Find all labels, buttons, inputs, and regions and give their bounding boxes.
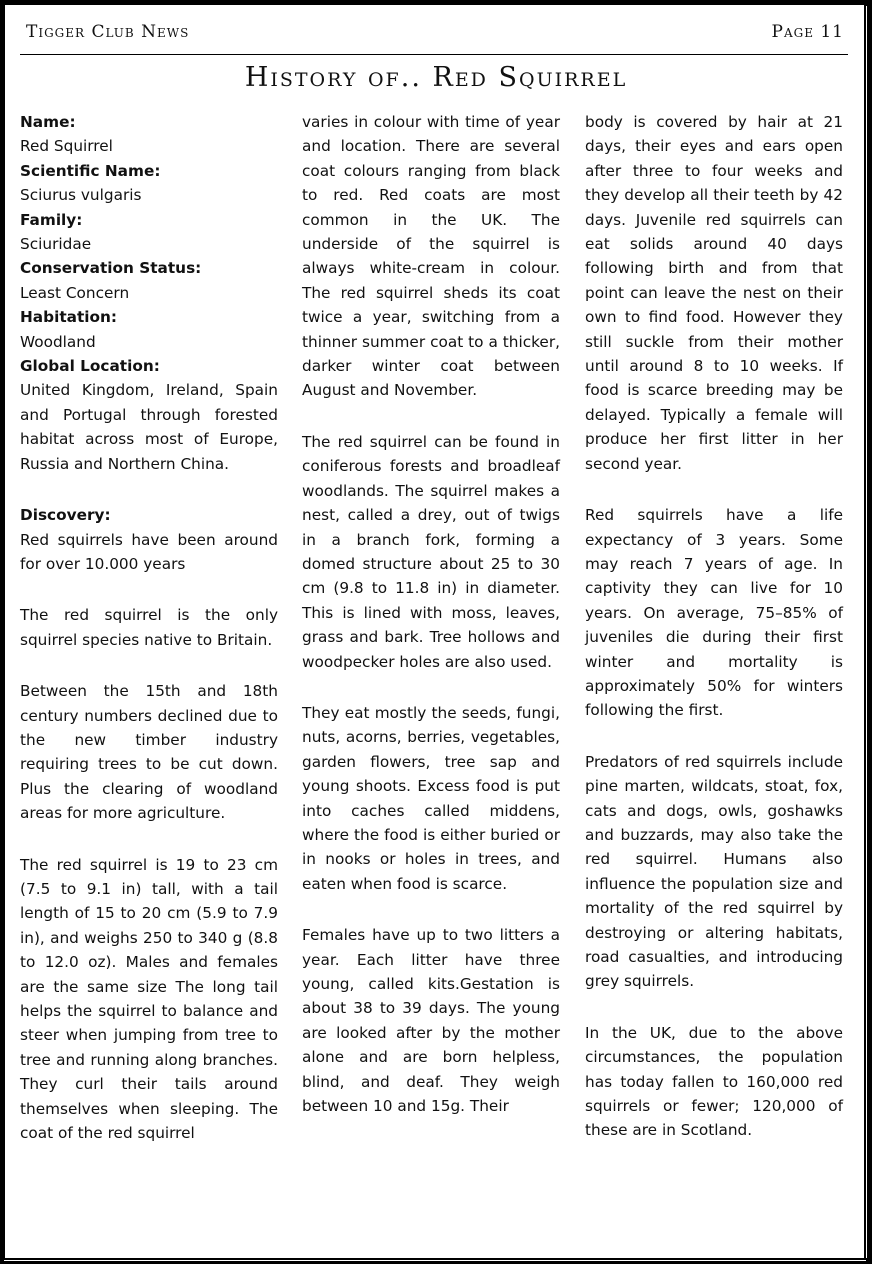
fact-discovery: Discovery: Red squirrels have been aroun… bbox=[20, 503, 278, 576]
fact-habitation: Habitation: Woodland bbox=[20, 305, 278, 354]
article-title: History of.. Red Squirrel bbox=[0, 62, 872, 93]
paragraph-development: body is covered by hair at 21 days, thei… bbox=[585, 110, 843, 476]
paragraph-lifespan: Red squirrels have a life expectancy of … bbox=[585, 503, 843, 723]
paragraph-native: The red squirrel is the only squirrel sp… bbox=[20, 603, 278, 652]
fact-conservation-status: Conservation Status: Least Concern bbox=[20, 256, 278, 305]
fact-value: Sciuridae bbox=[20, 232, 278, 256]
paragraph-predators: Predators of red squirrels include pine … bbox=[585, 750, 843, 994]
page-header: Tigger Club News Page 11 bbox=[20, 20, 848, 55]
column-1: Name: Red Squirrel Scientific Name: Sciu… bbox=[20, 110, 278, 1172]
paragraph-breeding: Females have up to two litters a year. E… bbox=[302, 923, 560, 1118]
publication-name: Tigger Club News bbox=[26, 22, 189, 42]
fact-value: Sciurus vulgaris bbox=[20, 183, 278, 207]
fact-value: Woodland bbox=[20, 330, 278, 354]
fact-label: Habitation: bbox=[20, 305, 278, 329]
page-border-right bbox=[864, 0, 872, 1264]
fact-value: Red squirrels have been around for over … bbox=[20, 528, 278, 577]
fact-label: Name: bbox=[20, 110, 278, 134]
fact-scientific-name: Scientific Name: Sciurus vulgaris bbox=[20, 159, 278, 208]
fact-name: Name: Red Squirrel bbox=[20, 110, 278, 159]
fact-value: Red Squirrel bbox=[20, 134, 278, 158]
paragraph-coat: varies in colour with time of year and l… bbox=[302, 110, 560, 403]
fact-value: Least Concern bbox=[20, 281, 278, 305]
paragraph-population: In the UK, due to the above circumstance… bbox=[585, 1021, 843, 1143]
fact-family: Family: Sciuridae bbox=[20, 208, 278, 257]
fact-label: Scientific Name: bbox=[20, 159, 278, 183]
column-3: body is covered by hair at 21 days, thei… bbox=[585, 110, 843, 1170]
paragraph-size: The red squirrel is 19 to 23 cm (7.5 to … bbox=[20, 853, 278, 1146]
fact-label: Discovery: bbox=[20, 503, 278, 527]
fact-global-location: Global Location: United Kingdom, Ireland… bbox=[20, 354, 278, 476]
paragraph-decline: Between the 15th and 18th century number… bbox=[20, 679, 278, 825]
page-number: Page 11 bbox=[772, 22, 845, 42]
fact-label: Family: bbox=[20, 208, 278, 232]
paragraph-habitat: The red squirrel can be found in conifer… bbox=[302, 430, 560, 674]
paragraph-diet: They eat mostly the seeds, fungi, nuts, … bbox=[302, 701, 560, 896]
page-border-bottom bbox=[0, 1258, 872, 1264]
column-2: varies in colour with time of year and l… bbox=[302, 110, 560, 1145]
fact-label: Global Location: bbox=[20, 354, 278, 378]
fact-value: United Kingdom, Ireland, Spain and Portu… bbox=[20, 378, 278, 476]
fact-label: Conservation Status: bbox=[20, 256, 278, 280]
